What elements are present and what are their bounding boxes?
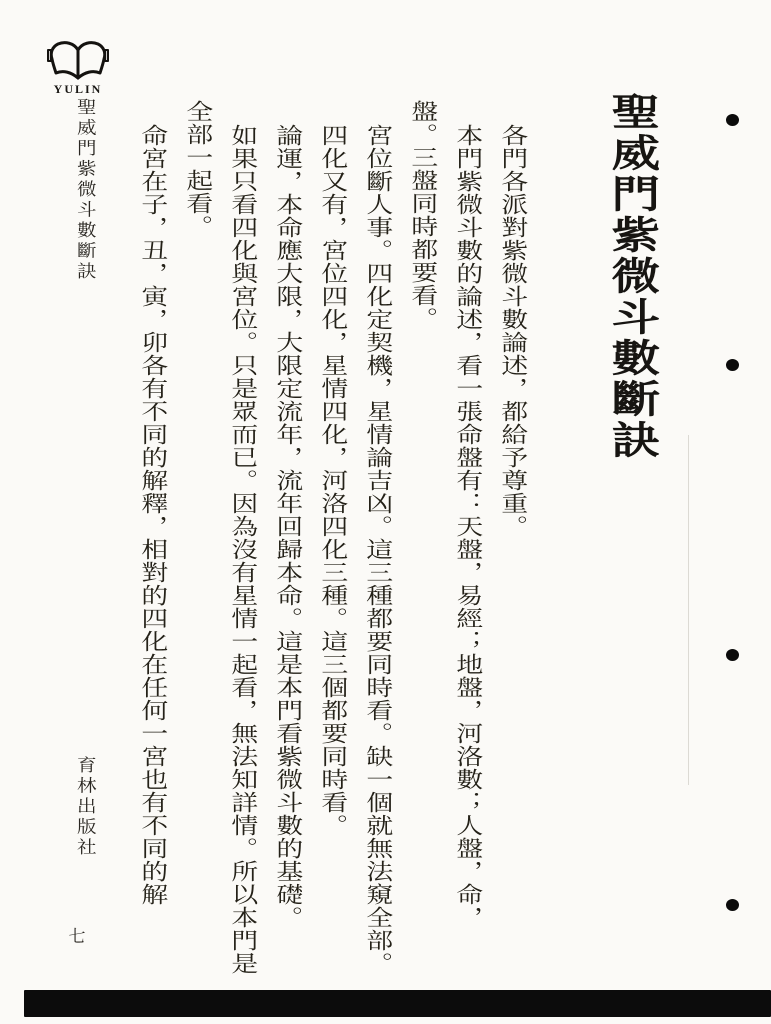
text-column-9: 命宮在子，丑，寅，卯各有不同的解釋，相對的四化在任何一宮也有不同的解 bbox=[135, 100, 172, 980]
text-column-7: 如果只看四化與宮位。只是眾而已。因為沒有星情一起看，無法知詳情。所以本門是 bbox=[225, 100, 262, 980]
scan-fold-line bbox=[688, 435, 689, 785]
binding-dot bbox=[726, 649, 739, 661]
scan-black-bar bbox=[24, 990, 771, 1017]
page-title: 聖威門紫微斗數斷訣 bbox=[581, 92, 678, 492]
scanned-book-page: 聖威門紫微斗數斷訣 各門各派對紫微斗數論述，都給予尊重。本門紫微斗數的論述，看一… bbox=[0, 0, 771, 1024]
yulin-book-logo-icon bbox=[46, 38, 110, 86]
text-column-2: 本門紫微斗數的論述，看一張命盤有：天盤，易經；地盤，河洛數；人盤，命， bbox=[450, 100, 487, 980]
publisher-name: 育林出版社 bbox=[55, 756, 99, 859]
text-column-3: 盤。三盤同時都要看。 bbox=[405, 100, 442, 980]
page-number: 七 bbox=[58, 922, 96, 947]
text-column-1: 各門各派對紫微斗數論述，都給予尊重。 bbox=[495, 100, 532, 980]
logo-wordmark: YULIN bbox=[42, 82, 114, 97]
text-column-5: 四化又有，宮位四化，星情四化，河洛四化三種。這三個都要同時看。 bbox=[315, 100, 352, 980]
text-column-4: 宮位斷人事。四化定契機，星情論吉凶。這三種都要同時看。缺一個就無法窺全部。 bbox=[360, 100, 397, 980]
sidebar-series-title: 聖威門紫微斗數斷訣 bbox=[55, 98, 99, 283]
binding-dot bbox=[726, 899, 739, 911]
binding-dot bbox=[726, 359, 739, 371]
binding-dot bbox=[726, 114, 739, 126]
body-columns: 各門各派對紫微斗數論述，都給予尊重。本門紫微斗數的論述，看一張命盤有：天盤，易經… bbox=[126, 100, 528, 980]
text-column-6: 論運，本命應大限，大限定流年，流年回歸本命。這是本門看紫微斗數的基礎。 bbox=[270, 100, 307, 980]
text-column-8: 全部一起看。 bbox=[180, 100, 217, 980]
